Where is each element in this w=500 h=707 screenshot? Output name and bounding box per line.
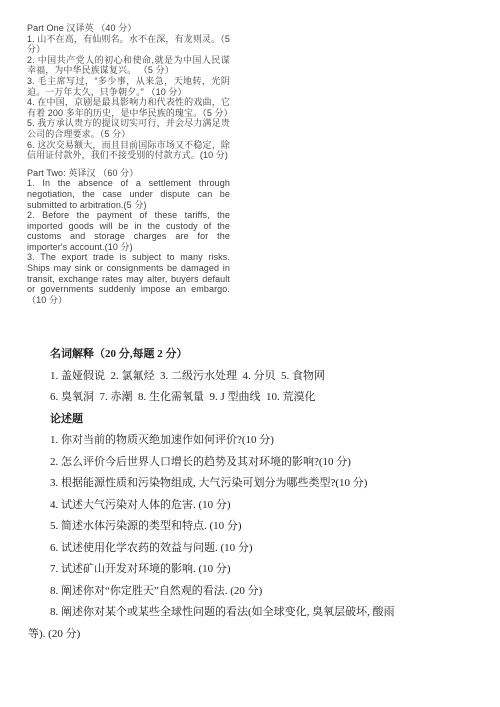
section-spacer [27,161,230,168]
essay-question-3: 3. 根据能源性质和污染物组成, 大气污染可划分为哪些类型?(10 分) [28,473,405,495]
part-two-heading: Part Two: 英译汉 （60 分） [27,168,230,179]
part-two-item-1: 1. In the absence of a settlement throug… [27,178,230,210]
essay-question-9: 8. 阐述你对某个或某些全球性问题的看法(如全球变化, 臭氧层破坏, 酸雨等).… [28,602,405,645]
glossary-heading: 名词解释（20 分,每题 2 分） [28,344,405,366]
part-one-item-3: 3. 毛主席写过，“多少事，从来急，天地转，光阴迫。一万年太久，只争朝夕。” （… [27,76,230,97]
exam-paper-page: Part One 汉译英 （40 分） 1. 山不在高，有仙则名。水不在深，有龙… [0,0,500,707]
part-one-item-4: 4. 在中国，京剧是最具影响力和代表性的戏曲，它有着 200 多年的历史，是中华… [27,97,230,118]
essay-heading: 论述题 [28,409,405,431]
glossary-terms-row-2: 6. 臭氧洞 7. 赤潮 8. 生化需氧量 9. J 型曲线 10. 荒漠化 [28,387,405,409]
essay-question-6: 6. 试述使用化学农药的效益与问题. (10 分) [28,538,405,560]
glossary-terms-row-1: 1. 盖娅假说 2. 氯氟烃 3. 二级污水处理 4. 分贝 5. 食物网 [28,366,405,388]
serif-exam-section: 名词解释（20 分,每题 2 分） 1. 盖娅假说 2. 氯氟烃 3. 二级污水… [28,344,405,645]
part-one-item-2: 2. 中国共产党人的初心和使命,就是为中国人民谋幸福，为中华民族谋复兴。 （5 … [27,55,230,76]
essay-question-5: 5. 简述水体污染源的类型和特点. (10 分) [28,516,405,538]
part-one-item-1: 1. 山不在高，有仙则名。水不在深，有龙则灵。（5 分） [27,34,230,55]
essay-question-1: 1. 你对当前的物质灭绝加速作如何评价?(10 分) [28,430,405,452]
part-one-item-6: 6. 这次交易额大，而且目前国际市场又不稳定，除信用证付款外，我们不接受别的付款… [27,140,230,161]
essay-question-7: 7. 试述矿山开发对环境的影响. (10 分) [28,559,405,581]
part-one-item-5: 5. 我方承认贵方的提议切实可行，并会尽力满足贵公司的合理要求。（5 分） [27,118,230,139]
essay-question-2: 2. 怎么评价今后世界人口增长的趋势及其对环境的影响?(10 分) [28,452,405,474]
essay-question-8: 8. 阐述你对“你定胜天”自然观的看法. (20 分) [28,581,405,603]
essay-question-4: 4. 试述大气污染对人体的危害. (10 分) [28,495,405,517]
part-one-heading: Part One 汉译英 （40 分） [27,23,230,34]
translation-section: Part One 汉译英 （40 分） 1. 山不在高，有仙则名。水不在深，有龙… [27,23,230,305]
part-two-item-2: 2. Before the payment of these tariffs, … [27,210,230,252]
part-two-item-3: 3. The export trade is subject to many r… [27,252,230,305]
